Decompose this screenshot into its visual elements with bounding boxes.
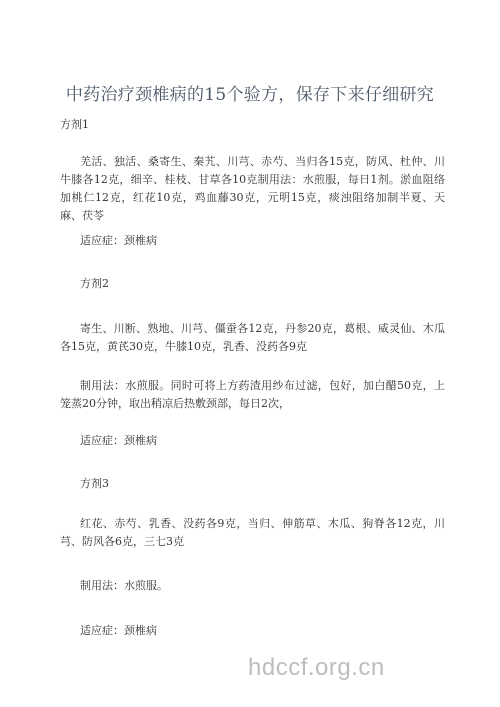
section-3-indication: 适应症：颈椎病 <box>80 622 157 640</box>
page-title: 中药治疗颈椎病的15个验方，保存下来仔细研究 <box>0 80 500 105</box>
section-3-method: 制用法：水煎服。 <box>80 577 168 595</box>
section-1-indication: 适应症：颈椎病 <box>80 232 157 250</box>
section-1-ingredients: 羌活、独活、桑寄生、秦艽、川芎、赤芍、当归各15克，防风、杜仲、川牛膝各12克，… <box>60 153 445 225</box>
section-heading-3: 方剂3 <box>80 475 109 493</box>
watermark: hdccf.org.cn <box>248 654 385 682</box>
document-page: 中药治疗颈椎病的15个验方，保存下来仔细研究 方剂1 羌活、独活、桑寄生、秦艽、… <box>0 0 500 707</box>
section-heading-2: 方剂2 <box>80 275 109 293</box>
section-3-ingredients: 红花、赤芍、乳香、没药各9克，当归、伸筋草、木瓜、狗脊各12克，川芎、防风各6克… <box>60 515 445 551</box>
section-2-ingredients: 寄生、川断、熟地、川芎、僵蚕各12克，丹参20克，葛根、威灵仙、木瓜各15克，黄… <box>60 320 445 356</box>
section-heading-1: 方剂1 <box>60 116 89 134</box>
section-2-indication: 适应症：颈椎病 <box>80 432 157 450</box>
section-2-method: 制用法：水煎服。同时可将上方药渣用纱布过滤，包好，加白醋50克，上笼蒸20分钟，… <box>60 377 445 413</box>
